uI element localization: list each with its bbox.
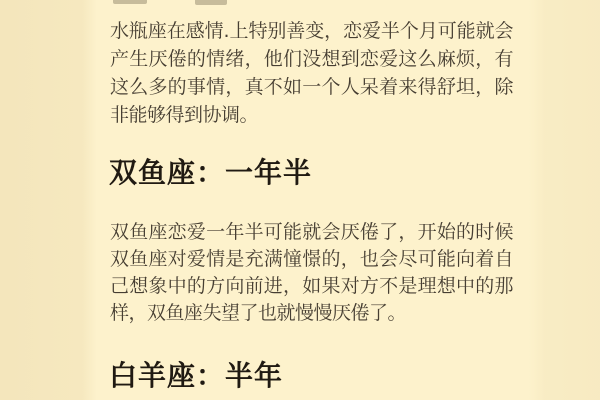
article-page: 水瓶座在感情.上特别善变，恋爱半个月可能就会产生厌倦的情绪，他们没想到恋爱这么麻… xyxy=(0,0,600,400)
cropped-heading-fragment xyxy=(113,0,147,4)
aquarius-paragraph: 水瓶座在感情.上特别善变，恋爱半个月可能就会产生厌倦的情绪，他们没想到恋爱这么麻… xyxy=(110,17,513,129)
cropped-heading-fragment xyxy=(195,0,227,5)
aries-section-heading: 白羊座：半年 xyxy=(109,359,283,393)
pisces-section-heading: 双鱼座：一年半 xyxy=(109,156,312,190)
pisces-paragraph: 双鱼座恋爱一年半可能就会厌倦了，开始的时候双鱼座对爱情是充满憧憬的，也会尽可能向… xyxy=(110,219,513,327)
